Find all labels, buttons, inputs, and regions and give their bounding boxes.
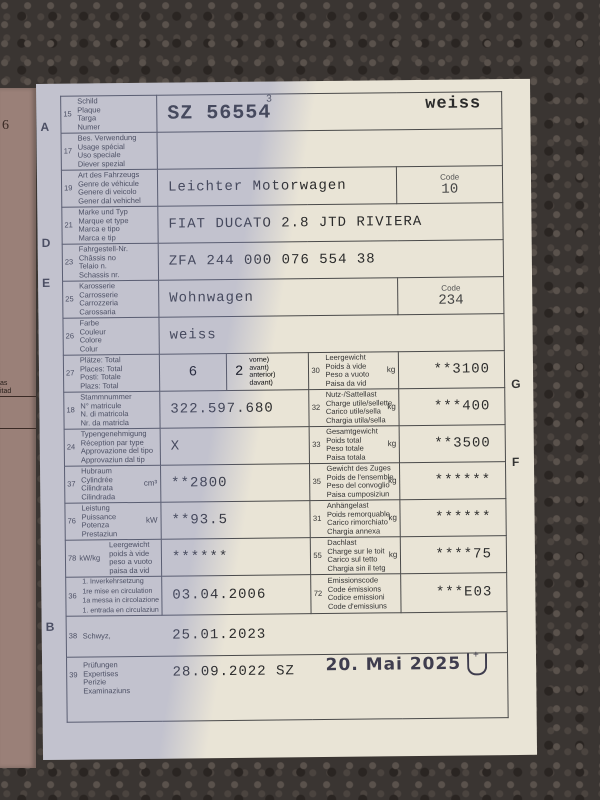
row-matricule-payload: 18Stammnummer N° matricule N. di matrico… (64, 388, 505, 430)
side-letter-a: A (40, 120, 49, 134)
roof-load-value: ****75 (401, 536, 507, 574)
vehicle-type-label: 19Art des Fahrzeugs Genre de véhicule Ge… (61, 169, 157, 207)
row-displacement-combination: 37Hubraum Cylindrée Cilindrata Cilindrad… (65, 462, 506, 504)
row-color: 26Farbe Couleur Colore Colur weiss (63, 314, 504, 356)
left-page-edge: 6 as itad (0, 88, 36, 768)
roof-load-label: 55Dachlast Charge sur le toit Carico sul… (311, 537, 401, 575)
color-label: 26Farbe Couleur Colore Colur (63, 317, 159, 355)
power-value: **93.5 (161, 501, 311, 540)
payload-label: 32Nutz-/Sattellast Charge utile/sellette… (309, 389, 399, 427)
power-label: 76Leistung Puissance Potenza Prestaziunk… (65, 502, 161, 540)
payload-value: ***400 (399, 388, 505, 426)
empty-weight-label: 30Leergewicht Poids à vide Peso a vuoto … (309, 352, 399, 390)
special-use-value (157, 129, 502, 170)
row-plate: 15Schild Plaque Targa Numer SZ 56554 wei… (61, 92, 502, 134)
vehicle-type-value: Leichter Motorwagen (157, 167, 397, 207)
issued-label: 38Schwyz, (66, 615, 162, 657)
inspections-cell: 28.09.2022 SZ 20. Mai 2025 (162, 653, 508, 722)
seats-front: 2 (235, 364, 244, 380)
side-letter-g: G (511, 377, 520, 391)
empty-weight-value: **3100 (399, 351, 505, 389)
row-special-use: 17Bes. Verwendung Usage spécial Uso spec… (61, 129, 502, 171)
inspection-stamp: 20. Mai 2025 (326, 653, 488, 677)
type-approval-value: X (160, 427, 310, 466)
issued-date: 25.01.2023 (162, 612, 507, 657)
row-issued: 38Schwyz, 25.01.2023 (66, 612, 507, 658)
row-kwkg-roof: 78kW/kgLeergewicht poids à vide peso a v… (65, 536, 506, 578)
color-value: weiss (159, 314, 504, 355)
row-seats-empty-weight: 27Plätze: Total Places: Total Posti: Tot… (63, 351, 504, 393)
side-letter-e: E (42, 276, 50, 290)
left-page-fragment: as itad (0, 380, 11, 396)
seats-value: 62vorne) avant) anterior) davant) (159, 353, 309, 392)
kw-per-kg-label: 78kW/kgLeergewicht poids à vide peso a v… (65, 539, 161, 577)
displacement-value: **2800 (160, 464, 310, 503)
plate-color: weiss (415, 94, 481, 114)
kw-per-kg-value: ****** (161, 538, 311, 577)
seats-total: 6 (160, 364, 226, 381)
body-code: Code234 (398, 277, 504, 315)
make-model-value: FIAT DUCATO 2.8 JTD RIVIERA (158, 203, 503, 244)
row-make-model: 21Marke und Typ Marque et type Marca e t… (62, 203, 503, 245)
emission-code-label: 72Emissionscode Code émissions Codice em… (311, 574, 401, 614)
side-letter-f: F (512, 455, 519, 469)
matricule-value: 322.597.680 (160, 390, 310, 429)
plate-label: 15Schild Plaque Targa Numer (61, 95, 157, 133)
row-power-trailer: 76Leistung Puissance Potenza Prestaziunk… (65, 499, 506, 541)
left-page-number: 6 (2, 118, 9, 134)
canton-shield-icon (467, 653, 487, 675)
chassis-value: ZFA 244 000 076 554 38 (158, 240, 503, 281)
registration-form: 15Schild Plaque Targa Numer SZ 56554 wei… (60, 91, 509, 723)
plate-number: SZ 56554 (157, 101, 271, 125)
side-letter-d: D (42, 236, 51, 250)
row-approval-total-weight: 24Typengenehmigung Réception par type Ap… (64, 425, 505, 467)
plate-value-cell: SZ 56554 weiss (157, 92, 502, 133)
special-use-label: 17Bes. Verwendung Usage spécial Uso spec… (61, 132, 157, 170)
vehicle-registration-page: 3 A D E B G F 15Schild Plaque Targa Nume… (36, 79, 537, 760)
combination-weight-label: 35Gewicht des Zuges Poids de l'ensemble … (310, 463, 400, 501)
row-vehicle-type: 19Art des Fahrzeugs Genre de véhicule Ge… (61, 166, 502, 208)
seats-label: 27Plätze: Total Places: Total Posti: Tot… (63, 354, 159, 392)
first-registration-label: 361. Inverkehrsetzung 1re mise en circul… (66, 576, 162, 616)
trailer-load-value: ****** (400, 499, 506, 537)
row-chassis: 23Fahrgestell-Nr. Châssis no Telaio n. S… (62, 240, 503, 282)
total-weight-label: 33Gesamtgewicht Poids total Peso totale … (310, 426, 400, 464)
vehicle-type-code: Code10 (397, 166, 503, 204)
make-model-label: 21Marke und Typ Marque et type Marca e t… (62, 206, 158, 244)
body-value: Wohnwagen (159, 278, 399, 318)
inspections-label: 39Prüfungen Expertises Perizie Examinazi… (67, 656, 164, 722)
divider (0, 396, 36, 397)
trailer-load-label: 31Anhängelast Poids remorquable Carico r… (310, 500, 400, 538)
row-inspections: 39Prüfungen Expertises Perizie Examinazi… (67, 653, 509, 723)
displacement-label: 37Hubraum Cylindrée Cilindrata Cilindrad… (65, 465, 161, 503)
combination-weight-value: ****** (400, 462, 506, 500)
row-body: 25Karosserie Carrosserie Carrozzeria Car… (63, 277, 504, 319)
type-approval-label: 24Typengenehmigung Réception par type Ap… (64, 428, 160, 466)
seats-front-label: vorne) avant) anterior) davant) (249, 357, 275, 387)
first-registration-value: 03.04.2006 (162, 575, 312, 616)
row-first-reg-emission: 361. Inverkehrsetzung 1re mise en circul… (66, 573, 507, 617)
chassis-label: 23Fahrgestell-Nr. Châssis no Telaio n. S… (62, 243, 158, 281)
emission-code-value: ***E03 (401, 573, 507, 613)
stamp-date: 20. Mai 2025 (326, 654, 462, 675)
body-label: 25Karosserie Carrosserie Carrozzeria Car… (63, 280, 159, 318)
total-weight-value: **3500 (399, 425, 505, 463)
side-letter-b: B (46, 620, 55, 634)
last-inspection: 28.09.2022 SZ (163, 663, 295, 680)
divider (0, 428, 36, 429)
matricule-label: 18Stammnummer N° matricule N. di matrico… (64, 391, 160, 429)
